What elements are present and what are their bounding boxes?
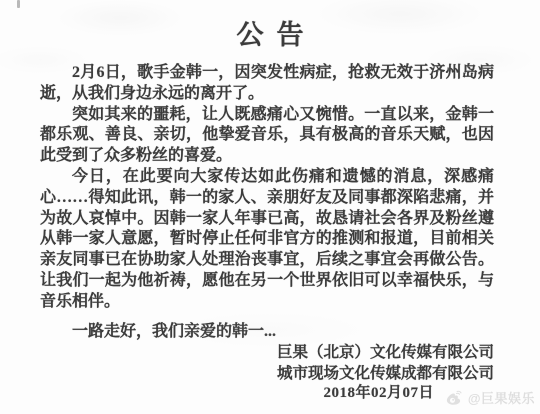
- paragraph-farewell: 一路走好，我们亲爱的韩一...: [40, 322, 494, 343]
- weibo-watermark: @巨果娱乐: [445, 388, 535, 407]
- watermark-text: @巨果娱乐: [468, 388, 535, 407]
- paragraph-death-notice: 2月6日，歌手金韩一，因突发性病症，抢救无效于济州岛病逝，从我们身边永远的离开了…: [40, 63, 494, 105]
- document-title: 公告: [0, 0, 540, 52]
- signature-company-1: 巨果（北京）文化传媒有限公司: [277, 342, 494, 363]
- signature-company-2: 城市现场文化传媒成都有限公司: [277, 363, 494, 384]
- announcement-document: 公告 2月6日，歌手金韩一，因突发性病症，抢救无效于济州岛病逝，从我们身边永远的…: [0, 0, 540, 414]
- paragraph-family-request: 今日，在此要向大家传达如此伤痛和遗憾的消息，深感痛心……得知此讯，韩一的家人、亲…: [40, 167, 494, 313]
- weibo-icon: [445, 390, 465, 406]
- paragraph-tribute: 突如其来的噩耗，让人既感痛心又惋惜。一直以来，金韩一都乐观、善良、亲切，他挚爱音…: [40, 105, 494, 167]
- scan-artifact-mark: [17, 0, 20, 8]
- document-body: 2月6日，歌手金韩一，因突发性病症，抢救无效于济州岛病逝，从我们身边永远的离开了…: [40, 63, 494, 342]
